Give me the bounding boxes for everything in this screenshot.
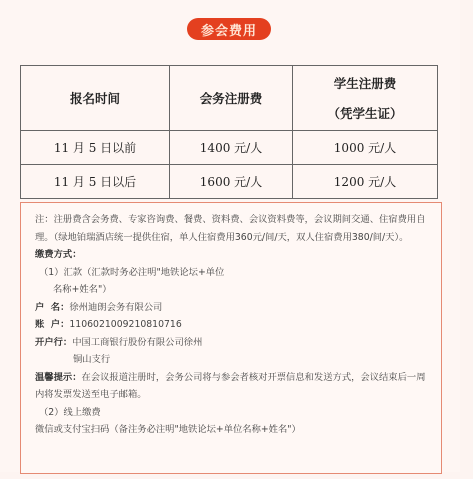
- table-header-row: 报名时间 会务注册费 学生注册费 （凭学生证）: [21, 66, 438, 131]
- cell-time: 11 月 5 日以前: [21, 131, 170, 165]
- account-no-label: 账 户：: [35, 319, 69, 330]
- method2: （2）线上缴费: [35, 404, 431, 422]
- page: 参会费用 报名时间 会务注册费 学生注册费 （凭学生证） 11 月 5 日以前 …: [0, 0, 460, 472]
- payment-title: 缴费方式：: [35, 246, 431, 264]
- cell-time: 11 月 5 日以后: [21, 165, 170, 199]
- method2-desc: 微信或支付宝扫码（备注务必注明"地铁论坛+单位名称+姓名"）: [35, 421, 431, 439]
- header-student-fee: 学生注册费 （凭学生证）: [293, 66, 438, 131]
- cell-conference-fee: 1600 元/人: [170, 165, 293, 199]
- header-student-fee-sub: （凭学生证）: [294, 104, 436, 122]
- bank-label: 开户行：: [35, 337, 72, 348]
- header-conference-fee: 会务注册费: [170, 66, 293, 131]
- tip-text: 在会议报道注册时，会务公司将与参会者核对开票信息和发送方式，会议结束后一周内将发…: [35, 372, 426, 401]
- account-name: 徐州迪朗会务有限公司: [69, 302, 162, 313]
- bank-row: 开户行：中国工商银行股份有限公司徐州: [35, 334, 431, 352]
- note-text: 注：注册费含会务费、专家咨询费、餐费、资料费、会议资料费等，会议期间交通、住宿费…: [35, 211, 431, 246]
- account-name-label: 户 名：: [35, 302, 69, 313]
- account-no-row: 账 户：1106021009210810716: [35, 316, 431, 334]
- cell-student-fee: 1000 元/人: [293, 131, 438, 165]
- header-student-fee-label: 学生注册费: [334, 76, 397, 91]
- header-registration-time: 报名时间: [21, 66, 170, 131]
- tip-row: 温馨提示：在会议报道注册时，会务公司将与参会者核对开票信息和发送方式，会议结束后…: [35, 369, 431, 404]
- tip-label: 温馨提示：: [35, 372, 82, 383]
- bank-line1: 中国工商银行股份有限公司徐州: [72, 337, 202, 348]
- account-name-row: 户 名：徐州迪朗会务有限公司: [35, 299, 431, 317]
- section-badge: 参会费用: [187, 18, 271, 40]
- cell-student-fee: 1200 元/人: [293, 165, 438, 199]
- fee-table: 报名时间 会务注册费 学生注册费 （凭学生证） 11 月 5 日以前 1400 …: [20, 65, 438, 199]
- table-row: 11 月 5 日以后 1600 元/人 1200 元/人: [21, 165, 438, 199]
- account-no: 1106021009210810716: [69, 319, 181, 330]
- cell-conference-fee: 1400 元/人: [170, 131, 293, 165]
- notes-box: 注：注册费含会务费、专家咨询费、餐费、资料费、会议资料费等，会议期间交通、住宿费…: [20, 202, 442, 474]
- bank-line2: 铜山支行: [35, 351, 431, 369]
- method1-line2: 名称+姓名"）: [35, 281, 431, 299]
- method1-line1: （1）汇款（汇款时务必注明"地铁论坛+单位: [35, 264, 431, 282]
- table-row: 11 月 5 日以前 1400 元/人 1000 元/人: [21, 131, 438, 165]
